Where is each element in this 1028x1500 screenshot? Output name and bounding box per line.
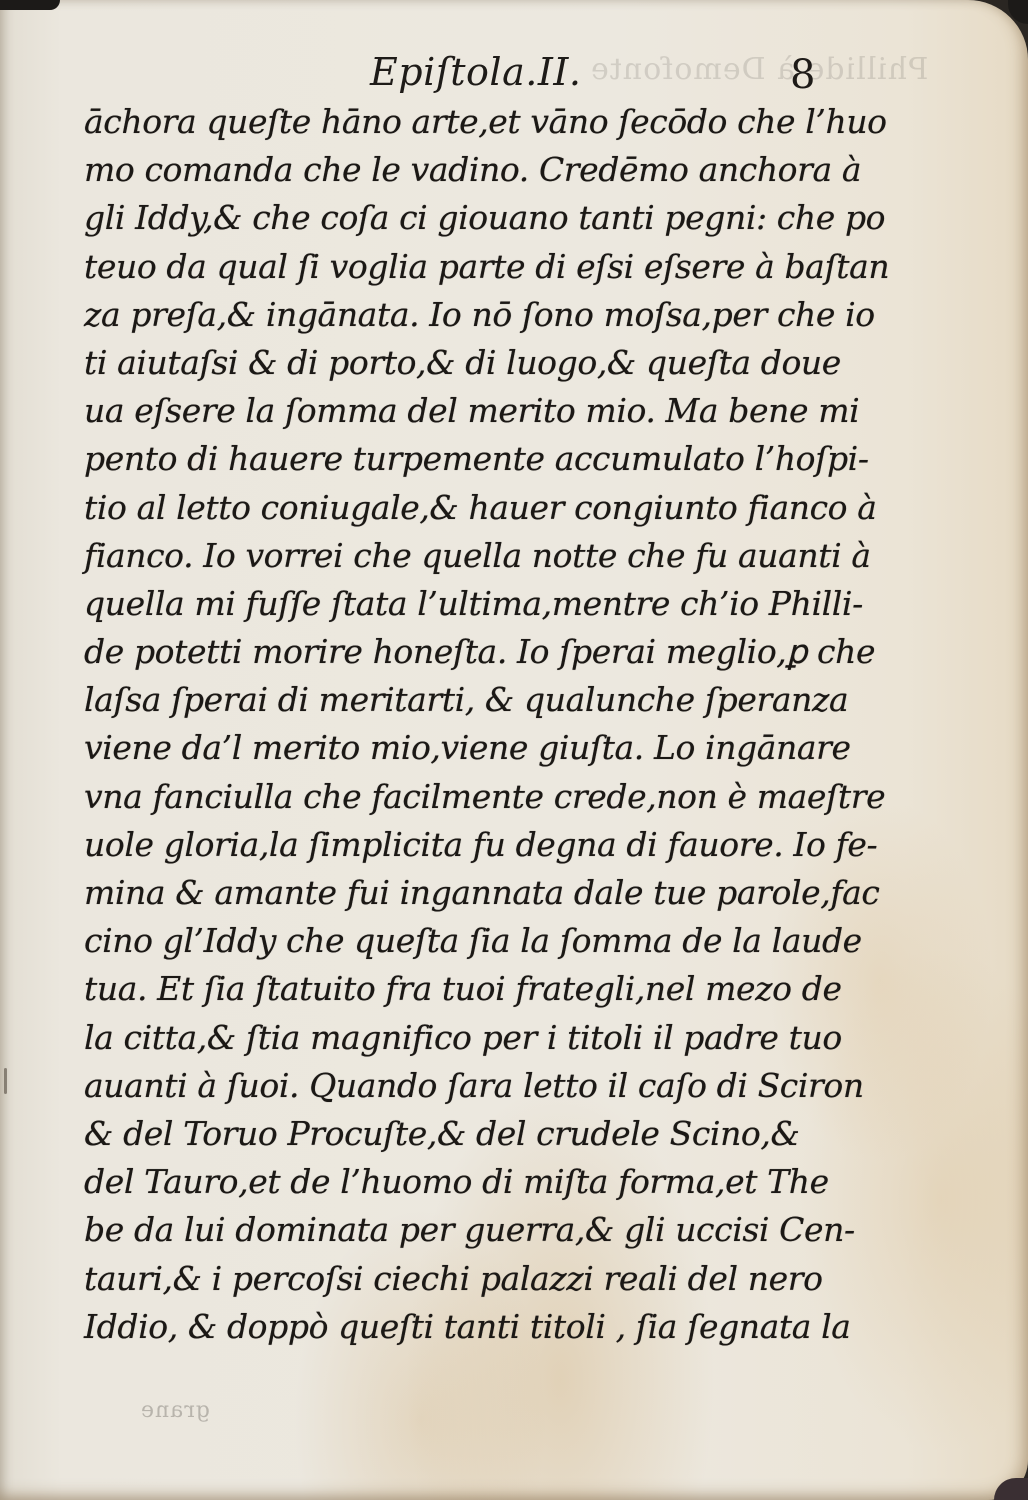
text-line: quella mi fuſſe ſtata l’ultima,mentre ch… xyxy=(84,580,874,628)
text-line: ti aiutaſsi & di porto,& di luogo,& queſ… xyxy=(84,339,874,387)
background-shadow xyxy=(1008,0,1028,24)
text-line: la citta,& ſtia magnifico per i titoli i… xyxy=(84,1014,874,1062)
background-shadow xyxy=(994,1478,1028,1500)
text-line: auanti à ſuoi. Quando ſara letto il caſo… xyxy=(84,1062,874,1110)
text-line: tio al letto coniugale,& hauer congiunto… xyxy=(84,484,874,532)
page-edge-mark xyxy=(4,1068,7,1094)
text-line: del Tauro,et de l’huomo di miſta forma,e… xyxy=(84,1158,874,1206)
text-line: be da lui dominata per guerra,& gli ucci… xyxy=(84,1206,874,1254)
text-line: tauri,& i percoſsi ciechi palazzi reali … xyxy=(84,1255,874,1303)
text-line: za preſa,& ingānata. Io nō ſono moſsa,pe… xyxy=(84,291,874,339)
show-through-text: grane xyxy=(140,1398,210,1423)
text-line: viene da’l merito mio,viene giuſta. Lo i… xyxy=(84,724,874,772)
text-line: & del Toruo Procuſte,& del crudele Scino… xyxy=(84,1110,874,1158)
text-line: Iddio, & doppò queſti tanti titoli , ſia… xyxy=(84,1303,874,1351)
text-line: āchora queſte hāno arte,et vāno ſecōdo c… xyxy=(84,98,874,146)
text-line: teuo da qual ſi voglia parte di eſsi eſs… xyxy=(84,243,874,291)
text-line: ua eſsere la ſomma del merito mio. Ma be… xyxy=(84,387,874,435)
text-line: de potetti morire honeſta. Io ſperai meg… xyxy=(84,628,874,676)
text-line: mina & amante fui ingannata dale tue par… xyxy=(84,869,874,917)
text-line: tua. Et ſia ſtatuito fra tuoi frategli,n… xyxy=(84,965,874,1013)
text-line: gli Iddy,& che coſa ci giouano tanti peg… xyxy=(84,194,874,242)
text-line: mo comanda che le vadino. Credēmo anchor… xyxy=(84,146,874,194)
text-line: cino gl’Iddy che queſta ſia la ſomma de … xyxy=(84,917,874,965)
running-head: Epiſtola.II. 8 xyxy=(0,50,1028,100)
running-head-title: Epiſtola.II. xyxy=(370,50,581,94)
text-line: pento di hauere turpemente accumulato l’… xyxy=(84,435,874,483)
book-page: Phillide à Demofonte grane Epiſtola.II. … xyxy=(0,0,1028,1500)
text-line: uole gloria,la ſimplicita fu degna di fa… xyxy=(84,821,874,869)
folio-number: 8 xyxy=(790,52,815,98)
text-line: fianco. Io vorrei che quella notte che f… xyxy=(84,532,874,580)
text-block: āchora queſte hāno arte,et vāno ſecōdo c… xyxy=(84,98,874,1351)
text-line: vna fanciulla che facilmente crede,non è… xyxy=(84,773,874,821)
text-line: laſsa ſperai di meritarti, & qualunche ſ… xyxy=(84,676,874,724)
background-shadow xyxy=(0,0,60,10)
